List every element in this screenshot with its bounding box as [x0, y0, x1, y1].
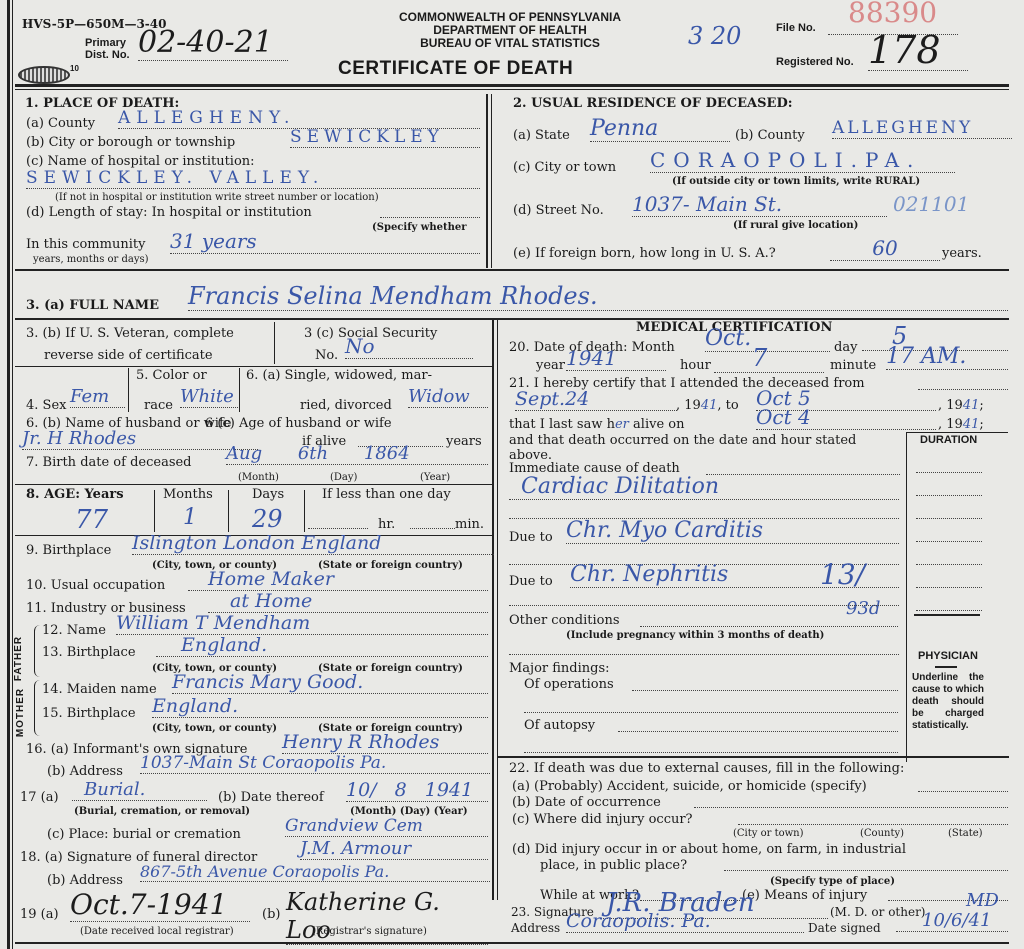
external-d-label: (d) Did injury occur in or about home, o…: [512, 842, 906, 857]
divider: [128, 368, 129, 412]
father-side-label: FATHER: [13, 636, 24, 681]
race-label: race: [144, 398, 173, 413]
sex-field[interactable]: Fem: [70, 386, 125, 408]
union-label-icon: [18, 66, 70, 84]
full-name-label: 3. (a) FULL NAME: [26, 298, 159, 313]
divider: [304, 490, 305, 532]
other-conditions-note: (Include pregnancy within 3 months of de…: [566, 630, 824, 641]
occupation-label: 10. Usual occupation: [26, 578, 165, 593]
marital-label: 6. (a) Single, widowed, mar-: [246, 368, 432, 383]
column-divider-top-thin: [491, 94, 492, 268]
res-state-label: (a) State: [513, 128, 570, 143]
full-name-field[interactable]: Francis Selina Mendham Rhodes.: [188, 282, 1008, 311]
header-rule: [15, 84, 1009, 87]
registrar-date-note: (Date received local registrar): [80, 926, 234, 937]
year-prefix: , 19: [938, 398, 963, 413]
autopsy-label: Of autopsy: [524, 718, 595, 733]
birth-month-note: (Month): [238, 472, 279, 483]
attended-from-field[interactable]: Sept.24: [515, 388, 677, 411]
bottom-rule: [15, 942, 1009, 944]
min-label: min.: [455, 517, 484, 532]
birth-date-field[interactable]: Aug 6th 1864: [226, 443, 488, 465]
external-a-field[interactable]: [918, 791, 1008, 792]
father-birthplace-field[interactable]: England.: [156, 634, 488, 657]
informant-address-label: (b) Address: [47, 764, 123, 779]
sex-label: 4. Sex: [26, 398, 66, 413]
external-heading: 22. If death was due to external causes,…: [509, 761, 904, 776]
res-state-field[interactable]: Penna: [590, 116, 730, 142]
father-bracket: [34, 625, 41, 677]
foreign-born-label: (e) If foreign born, how long in U. S. A…: [513, 246, 776, 261]
registrar-date-label: 19 (a): [20, 907, 59, 922]
left-border: [7, 0, 10, 949]
duration-field-3[interactable]: [916, 518, 982, 519]
mother-name-label: 14. Maiden name: [42, 682, 157, 697]
last-saw-text-2: alive on: [633, 417, 684, 432]
date-signed-field[interactable]: 10/6/41: [896, 910, 1008, 932]
section-rule-2: [15, 318, 1009, 320]
divider: [239, 368, 240, 412]
findings-line: [509, 654, 899, 655]
mother-birthplace-label: 15. Birthplace: [42, 706, 136, 721]
spouse-field[interactable]: Jr. H Rhodes: [22, 428, 258, 450]
industry-field[interactable]: at Home: [208, 590, 488, 613]
age-days-label: Days: [252, 487, 284, 502]
county-label: (a) County: [26, 116, 95, 131]
res-city-field[interactable]: CORAOPOLI.PA.: [650, 148, 955, 173]
race-field[interactable]: White: [180, 386, 238, 408]
physician-note: Underline the cause to which death shoul…: [912, 672, 984, 732]
res-street-code: 021101: [893, 192, 969, 216]
cause-line: [509, 605, 899, 606]
community-label: In this community: [26, 237, 145, 252]
operations-field-2[interactable]: [524, 712, 898, 713]
color-label: 5. Color or: [136, 368, 207, 383]
margin-code-1: 13/: [820, 558, 865, 591]
certificate-title: CERTIFICATE OF DEATH: [338, 58, 573, 80]
hospital-field[interactable]: SEWICKLEY. VALLEY.: [26, 168, 480, 189]
operations-field[interactable]: [632, 690, 898, 691]
veteran-label: 3. (b) If U. S. Veteran, complete: [26, 326, 234, 341]
birth-year-note: (Year): [420, 472, 450, 483]
registrar-sig-label: (b): [262, 907, 280, 922]
duration-field-4[interactable]: [916, 541, 982, 542]
section-rule-3: [498, 756, 1009, 758]
left-border-inner: [12, 0, 13, 949]
last-saw-pronoun[interactable]: er: [615, 417, 629, 432]
column-divider-lower: [492, 320, 494, 900]
disposition-date-field[interactable]: 10/ 8 1941: [346, 779, 488, 802]
ssn-field[interactable]: No: [345, 334, 473, 359]
major-findings-label: Major findings:: [509, 661, 610, 676]
hospital-label: (c) Name of hospital or institution:: [26, 154, 255, 169]
hr-label: hr.: [378, 517, 395, 532]
file-no-stamp: 88390: [848, 0, 937, 29]
foreign-born-unit: years.: [942, 246, 982, 261]
rule: [935, 666, 957, 668]
attended-from-year-label: , 1941, to: [676, 398, 739, 413]
due-to-label-2: Due to: [509, 574, 553, 589]
occurred-label: and that death occurred on the date and …: [509, 433, 856, 448]
physician-address-field[interactable]: Coraopolis. Pa.: [566, 910, 804, 933]
age-hr-field[interactable]: [308, 528, 368, 529]
last-saw-text: that I last saw h: [509, 417, 615, 432]
father-birthplace-label: 13. Birthplace: [42, 645, 136, 660]
rule: [906, 432, 1008, 433]
mother-side-label: MOTHER: [15, 688, 26, 737]
community-note: years, months or days): [33, 254, 149, 265]
mother-bracket: [34, 680, 41, 736]
city-label: (b) City or borough or township: [26, 135, 235, 150]
duration-heading: DURATION: [920, 434, 977, 446]
margin-code-2: 93d: [846, 598, 880, 619]
duration-field-5[interactable]: [916, 564, 982, 565]
external-city-note: (City or town): [733, 828, 804, 839]
disposition-label: 17 (a): [20, 790, 59, 805]
last-saw-field[interactable]: Oct 4: [756, 405, 936, 430]
age-days-field[interactable]: 29: [252, 505, 283, 533]
ssn-no-label: No.: [315, 348, 338, 363]
age-min-field[interactable]: [410, 528, 455, 529]
res-city-label: (c) City or town: [513, 160, 616, 175]
hospital-note: (If not in hospital or institution write…: [55, 192, 379, 203]
last-saw-year-label: , 1941;: [938, 417, 984, 432]
physician-address-label: Address: [511, 921, 560, 935]
operations-label: Of operations: [524, 677, 614, 692]
due-to-label-1: Due to: [509, 530, 553, 545]
birth-day-note: (Day): [330, 472, 357, 483]
res-county-field[interactable]: ALLEGHENY: [832, 118, 1012, 139]
external-d-note: (Specify type of place): [770, 876, 895, 887]
death-city-field[interactable]: SEWICKLEY: [290, 127, 480, 148]
rule: [15, 366, 493, 367]
margin-note: 3 20: [688, 22, 741, 50]
death-day-label: day: [834, 340, 857, 355]
father-name-field[interactable]: William T Mendham: [116, 612, 488, 635]
foreign-born-field[interactable]: 60: [830, 236, 940, 261]
res-city-note: (If outside city or town limits, write R…: [672, 176, 920, 187]
registered-no-label: Registered No.: [776, 56, 854, 68]
informant-address-field[interactable]: 1037-Main St Coraopolis Pa.: [140, 753, 490, 774]
res-street-note: (If rural give location): [733, 220, 858, 231]
death-minute-field[interactable]: 17 AM.: [886, 344, 1008, 370]
age-label: 8. AGE: Years: [26, 487, 124, 502]
external-b-label: (b) Date of occurrence: [512, 795, 661, 810]
age-label-text: 8. AGE: Years: [26, 487, 124, 502]
divider: [274, 322, 275, 364]
year-prefix: , 19: [676, 398, 701, 413]
disposition-note: (Burial, cremation, or removal): [74, 806, 250, 817]
birth-date-label: 7. Birth date of deceased: [26, 455, 192, 470]
rule: [914, 614, 980, 616]
informant-signature-field[interactable]: Henry R Rhodes: [282, 731, 488, 754]
father-name-label: 12. Name: [42, 623, 106, 638]
divider: [228, 490, 229, 532]
death-year-label: year: [536, 358, 565, 373]
registered-no-value: 178: [868, 30, 968, 71]
year-prefix: , 19: [938, 417, 963, 432]
autopsy-field-2[interactable]: [524, 752, 898, 753]
director-address-field[interactable]: 867-5th Avenue Coraopolis Pa.: [140, 862, 490, 882]
death-year-field[interactable]: 1941: [566, 346, 666, 371]
community-field[interactable]: 31 years: [170, 229, 480, 254]
md-field[interactable]: MD: [966, 890, 999, 911]
last-saw-year[interactable]: 41: [963, 417, 980, 432]
duration-field-7[interactable]: [916, 610, 982, 611]
burial-place-label: (c) Place: burial or cremation: [47, 827, 241, 842]
date-signed-label: Date signed: [808, 921, 881, 935]
stay-field[interactable]: [380, 217, 480, 218]
age-less-label: If less than one day: [322, 487, 451, 502]
column-divider-lower-thin: [497, 320, 498, 900]
divider: [154, 490, 155, 532]
other-conditions-field[interactable]: [640, 626, 898, 627]
file-no-label: File No.: [776, 22, 816, 34]
marital-label-2: ried, divorced: [300, 398, 392, 413]
column-divider-top: [486, 94, 488, 268]
other-conditions-label: Other conditions: [509, 613, 620, 628]
death-hour-field[interactable]: 7: [714, 344, 824, 373]
duration-field-6[interactable]: [916, 587, 982, 588]
external-b-field[interactable]: [694, 807, 1008, 808]
death-minute-label: minute: [830, 358, 876, 373]
stay-label: (d) Length of stay: In hospital or insti…: [26, 205, 312, 220]
duration-divider: [906, 432, 907, 762]
death-hour-label: hour: [680, 358, 711, 373]
autopsy-field[interactable]: [618, 731, 898, 732]
disposition-field[interactable]: Burial.: [72, 779, 207, 801]
age-months-label: Months: [163, 487, 213, 502]
attended-to-year-label: , 1941;: [938, 398, 984, 413]
res-street-label: (d) Street No.: [513, 203, 604, 218]
attended-from-year[interactable]: 41: [701, 398, 718, 413]
parents-side-label: FATHER MOTHER: [16, 625, 32, 735]
external-c-label: (c) Where did injury occur?: [512, 812, 693, 827]
rule: [15, 484, 493, 485]
last-saw-label: that I last saw her alive on: [509, 417, 684, 432]
primary-dist-label: Primary Dist. No.: [85, 37, 130, 61]
mother-city-note: (City, town, or county): [152, 723, 277, 734]
due-to-field-1[interactable]: Chr. Myo Carditis: [566, 518, 899, 544]
res-street-field[interactable]: 1037- Main St.: [632, 192, 887, 217]
section-rule-1: [15, 269, 1009, 271]
registrar-sig-note: (Registrar's signature): [312, 926, 427, 937]
death-county-field[interactable]: ALLEGHENY.: [118, 108, 480, 129]
marital-field[interactable]: Widow: [408, 386, 488, 408]
external-d-field[interactable]: [724, 870, 1008, 871]
funeral-director-field[interactable]: J.M. Armour: [300, 838, 488, 860]
primary-dist-value: 02-40-21: [138, 26, 288, 61]
age-months-field[interactable]: 1: [183, 505, 197, 530]
immediate-cause-field[interactable]: Cardiac Dilitation: [509, 474, 899, 500]
duration-field-2[interactable]: [916, 495, 982, 496]
director-address-label: (b) Address: [47, 873, 123, 888]
registrar-date-field[interactable]: Oct.7-1941: [70, 888, 250, 922]
duration-field-1[interactable]: [916, 472, 982, 473]
mother-birthplace-field[interactable]: England.: [152, 695, 488, 718]
res-county-label: (b) County: [735, 128, 805, 143]
mother-name-field[interactable]: Francis Mary Good.: [172, 671, 488, 694]
physician-heading: PHYSICIAN: [918, 650, 978, 662]
union-label-number: 10: [70, 64, 79, 73]
residence-heading: 2. USUAL RESIDENCE OF DECEASED:: [513, 96, 793, 111]
external-c-field[interactable]: [738, 824, 1008, 825]
to-label: , to: [717, 398, 738, 413]
external-a-label: (a) (Probably) Accident, suicide, or hom…: [512, 779, 867, 794]
occupation-field[interactable]: Home Maker: [188, 568, 488, 591]
bureau-name: BUREAU OF VITAL STATISTICS: [340, 37, 680, 50]
burial-place-field[interactable]: Grandview Cem: [285, 816, 488, 837]
external-state-note: (State): [948, 828, 983, 839]
age-years-field[interactable]: 77: [75, 505, 108, 535]
disposition-date-label: (b) Date thereof: [218, 790, 324, 805]
external-county-note: (County): [860, 828, 904, 839]
header-rule-thin: [15, 89, 1009, 90]
attended-to-year[interactable]: 41: [963, 398, 980, 413]
veteran-label-2: reverse side of certificate: [44, 348, 213, 363]
birthplace-label: 9. Birthplace: [26, 543, 111, 558]
birthplace-field[interactable]: Islington London England: [132, 532, 494, 555]
external-d-label-2: place, in public place?: [540, 858, 687, 873]
